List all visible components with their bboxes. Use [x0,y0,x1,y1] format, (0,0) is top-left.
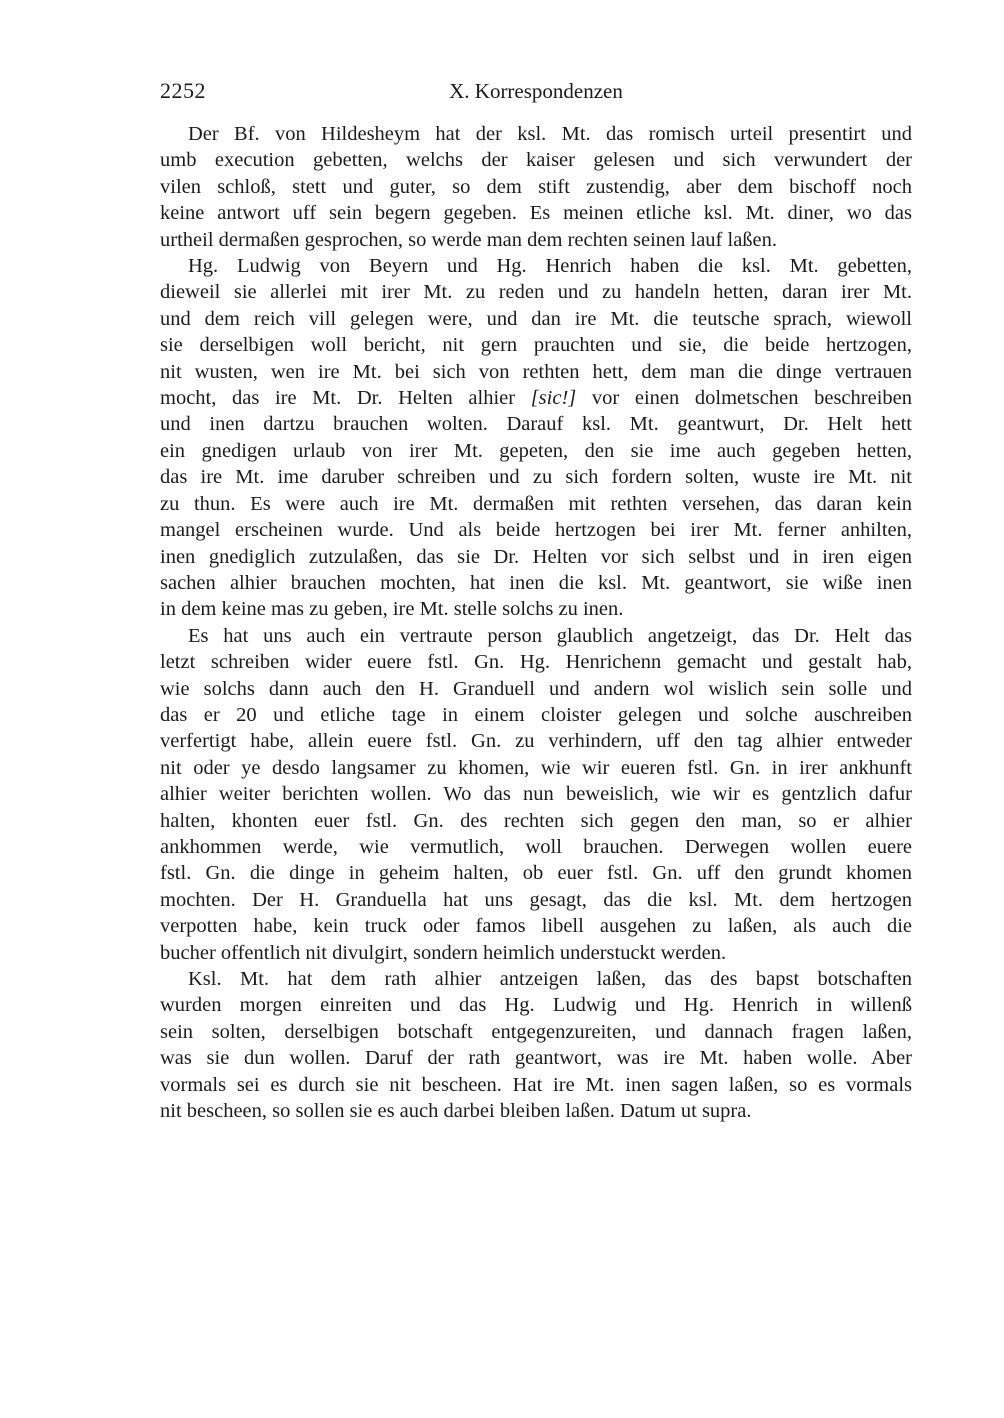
text-line: dieweil sie allerlei mit irer Mt. zu red… [160,279,912,305]
book-page: 2252 X. Korrespondenzen Der Bf. von Hild… [0,0,1004,1418]
text-line: umb execution gebetten, welchs der kaise… [160,147,912,173]
text-line: Ksl. Mt. hat dem rath alhier antzeigen l… [160,966,912,992]
text-line: letzt schreiben wider euere fstl. Gn. Hg… [160,649,912,675]
text-line: in dem keine mas zu geben, ire Mt. stell… [160,596,912,622]
paragraph: Hg. Ludwig von Beyern und Hg. Henrich ha… [160,253,912,623]
text-line: halten, khonten euer fstl. Gn. des recht… [160,808,912,834]
text-line: Es hat uns auch ein vertraute person gla… [160,623,912,649]
text-line: verfertigt habe, allein euere fstl. Gn. … [160,728,912,754]
text-line: wie solchs dann auch den H. Granduell un… [160,676,912,702]
text-line: mocht, das ire Mt. Dr. Helten alhier [si… [160,385,912,411]
text-line: Der Bf. von Hildesheym hat der ksl. Mt. … [160,121,912,147]
text-line: mochten. Der H. Granduella hat uns gesag… [160,887,912,913]
text-line: Hg. Ludwig von Beyern und Hg. Henrich ha… [160,253,912,279]
text-line: sein solten, derselbigen botschaft entge… [160,1019,912,1045]
text-line: ein gnedigen urlaub von irer Mt. gepeten… [160,438,912,464]
text-block: Der Bf. von Hildesheym hat der ksl. Mt. … [160,121,912,1124]
text-line: das er 20 und etliche tage in einem cloi… [160,702,912,728]
text-line: zu thun. Es were auch ire Mt. dermaßen m… [160,491,912,517]
text-line: keine antwort uff sein begern gegeben. E… [160,200,912,226]
text-line: wurden morgen einreiten und das Hg. Ludw… [160,992,912,1018]
running-header: 2252 X. Korrespondenzen [160,78,912,108]
text-line: nit wusten, wen ire Mt. bei sich von ret… [160,359,912,385]
text-line: ankhommen werde, wie vermutlich, woll br… [160,834,912,860]
paragraph: Der Bf. von Hildesheym hat der ksl. Mt. … [160,121,912,253]
page-number: 2252 [160,78,206,104]
running-head-title: X. Korrespondenzen [160,78,912,104]
text-line: verpotten habe, kein truck oder famos li… [160,913,912,939]
text-line: nit oder ye desdo langsamer zu khomen, w… [160,755,912,781]
text-line: nit bescheen, so sollen sie es auch darb… [160,1098,912,1124]
text-line: und dem reich vill gelegen were, und dan… [160,306,912,332]
text-line: vilen schloß, stett und guter, so dem st… [160,174,912,200]
text-column: 2252 X. Korrespondenzen Der Bf. von Hild… [160,78,912,1124]
text-line: mangel erscheinen wurde. Und als beide h… [160,517,912,543]
text-line: fstl. Gn. die dinge in geheim halten, ob… [160,860,912,886]
paragraph: Es hat uns auch ein vertraute person gla… [160,623,912,966]
text-line: sie derselbigen woll bericht, nit gern p… [160,332,912,358]
text-line: alhier weiter berichten wollen. Wo das n… [160,781,912,807]
text-line: und inen dartzu brauchen wolten. Darauf … [160,411,912,437]
text-line: inen gnediglich zutzulaßen, das sie Dr. … [160,544,912,570]
text-line: vormals sei es durch sie nit bescheen. H… [160,1072,912,1098]
text-line: was sie dun wollen. Daruf der rath geant… [160,1045,912,1071]
text-line: sachen alhier brauchen mochten, hat inen… [160,570,912,596]
text-line: das ire Mt. ime daruber schreiben und zu… [160,464,912,490]
text-line: bucher offentlich nit divulgirt, sondern… [160,940,912,966]
paragraph: Ksl. Mt. hat dem rath alhier antzeigen l… [160,966,912,1124]
text-line: urtheil dermaßen gesprochen, so werde ma… [160,227,912,253]
